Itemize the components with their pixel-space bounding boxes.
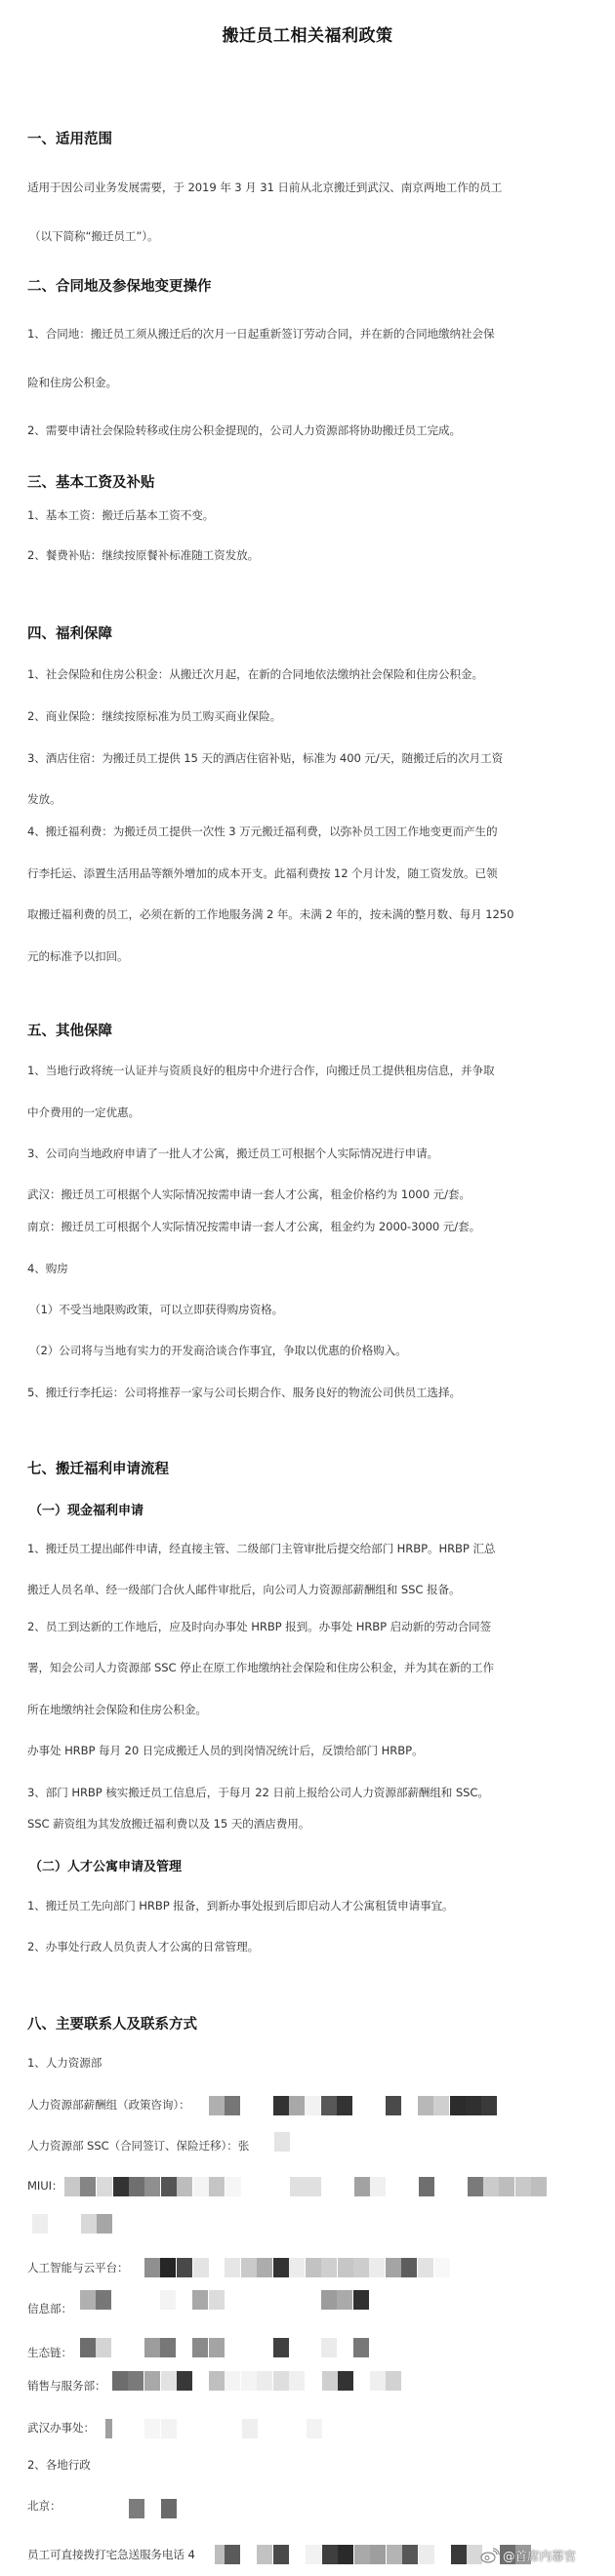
subsection-heading-apartment: （二）人才公寓申请及管理 [29, 1856, 182, 1874]
section-heading-process: 七、搬迁福利申请流程 [27, 1458, 169, 1478]
section-heading-other: 五、其他保障 [27, 1020, 112, 1040]
paragraph-line: （2）公司将与当地有实力的开发商洽谈合作事宜，争取以优惠的价格购入。 [29, 1343, 564, 1358]
paragraph-line: 办事处 HRBP 每月 20 日完成搬迁人员的到岗情况统计后，反馈给部门 HRB… [27, 1743, 562, 1758]
section-heading-contract: 二、合同地及参保地变更操作 [27, 275, 212, 296]
paragraph-line: 1、社会保险和住房公积金：从搬迁次月起，在新的合同地依法缴纳社会保险和住房公积金… [27, 666, 562, 682]
weibo-icon [480, 2548, 500, 2563]
paragraph-line: 南京：搬迁员工可根据个人实际情况按需申请一套人才公寓，租金约为 2000-300… [27, 1219, 562, 1234]
paragraph-line: （以下简称“搬迁员工”）。 [29, 228, 564, 244]
paragraph-line: 武汉：搬迁员工可根据个人实际情况按需申请一套人才公寓，租金价格约为 1000 元… [27, 1187, 562, 1202]
paragraph-line: 5、搬迁行李托运：公司将推荐一家与公司长期合作、服务良好的物流公司供员工选择。 [27, 1385, 562, 1400]
contact-label-hr-ssc: 人力资源部 SSC（合同签订、保险迁移）：张 [27, 2138, 562, 2153]
section-heading-scope: 一、适用范围 [27, 128, 112, 148]
paragraph-line: 搬迁人员名单、经一级部门合伙人邮件审批后，向公司人力资源部薪酬组和 SSC 报备… [27, 1582, 562, 1597]
paragraph-line: 3、部门 HRBP 核实搬迁员工信息后，于每月 22 日前上报给公司人力资源部薪… [27, 1785, 562, 1800]
paragraph-line: 2、员工到达新的工作地后，应及时向办事处 HRBP 报到。办事处 HRBP 启动… [27, 1619, 562, 1634]
paragraph-line: 4、购房 [27, 1261, 562, 1276]
paragraph-line: 发放。 [27, 791, 562, 807]
paragraph-line: （1）不受当地限购政策，可以立即获得购房资格。 [29, 1302, 564, 1317]
paragraph-line: 2、餐费补贴：继续按原餐补标准随工资发放。 [27, 547, 562, 563]
subsection-heading-cash: （一）现金福利申请 [29, 1500, 143, 1518]
paragraph-line: 元的标准予以扣回。 [27, 948, 562, 964]
paragraph-line: 取搬迁福利费的员工，必须在新的工作地服务满 2 年。未满 2 年的，按未满的整月… [27, 906, 562, 922]
paragraph-line: 所在地缴纳社会保险和住房公积金。 [27, 1702, 562, 1717]
section-heading-salary: 三、基本工资及补贴 [27, 471, 155, 492]
paragraph-line: 3、酒店住宿：为搬迁员工提供 15 天的酒店住宿补贴，标准为 400 元/天，随… [27, 750, 562, 766]
paragraph-line: 险和住房公积金。 [27, 375, 562, 390]
paragraph-line: 适用于因公司业务发展需要，于 2019 年 3 月 31 日前从北京搬迁到武汉、… [27, 180, 562, 195]
paragraph-line: SSC 薪资组为其发放搬迁福利费以及 15 天的酒店费用。 [27, 1816, 562, 1831]
paragraph-line: 中介费用的一定优惠。 [27, 1105, 562, 1120]
paragraph-line: 3、公司向当地政府申请了一批人才公寓，搬迁员工可根据个人实际情况进行申请。 [27, 1146, 562, 1161]
paragraph-line: 2、商业保险：继续按原标准为员工购买商业保险。 [27, 708, 562, 724]
paragraph-line: 行李托运、添置生活用品等额外增加的成本开支。此福利费按 12 个月计发，随工资发… [27, 865, 562, 881]
section-heading-benefits: 四、福利保障 [27, 623, 112, 643]
document-title: 搬迁员工相关福利政策 [0, 21, 615, 46]
paragraph-line: 1、基本工资：搬迁后基本工资不变。 [27, 507, 562, 523]
paragraph-line: 1、人力资源部 [27, 2055, 562, 2071]
paragraph-line: 2、各地行政 [27, 2457, 562, 2473]
paragraph-line: 1、搬迁员工先向部门 HRBP 报备，到新办事处报到后即启动人才公寓租赁申请事宜… [27, 1898, 562, 1913]
paragraph-line: 2、办事处行政人员负责人才公寓的日常管理。 [27, 1939, 562, 1954]
watermark-text: @首席内幕官 [503, 2547, 576, 2564]
paragraph-line: 1、当地行政将统一认证并与资质良好的租房中介进行合作，向搬迁员工提供租房信息，并… [27, 1063, 562, 1078]
paragraph-line: 1、搬迁员工提出邮件申请，经直接主管、二级部门主管审批后提交给部门 HRBP。H… [27, 1541, 562, 1556]
weibo-watermark: @首席内幕官 [480, 2545, 576, 2566]
paragraph-line: 2、需要申请社会保险转移或住房公积金提现的，公司人力资源部将协助搬迁员工完成。 [27, 423, 562, 438]
contact-label-beijing: 北京： [27, 2498, 562, 2514]
paragraph-line: 4、搬迁福利费：为搬迁员工提供一次性 3 万元搬迁福利费，以弥补员工因工作地变更… [27, 824, 562, 839]
paragraph-line: 1、合同地：搬迁员工须从搬迁后的次月一日起重新签订劳动合同，并在新的合同地缴纳社… [27, 326, 562, 342]
section-heading-contacts: 八、主要联系人及联系方式 [27, 2013, 197, 2033]
paragraph-line: 署，知会公司人力资源部 SSC 停止在原工作地缴纳社会保险和住房公积金，并为其在… [27, 1660, 562, 1675]
